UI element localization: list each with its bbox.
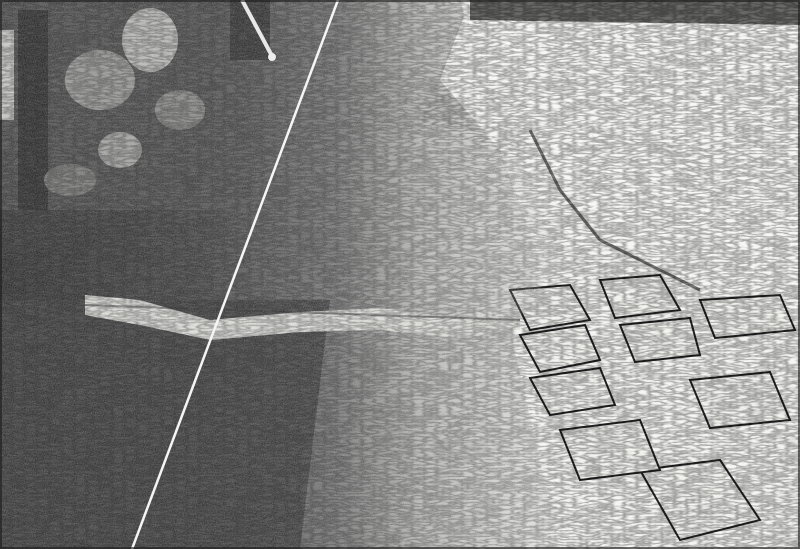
excavation-photo xyxy=(0,0,800,549)
photo-scene xyxy=(0,0,800,549)
